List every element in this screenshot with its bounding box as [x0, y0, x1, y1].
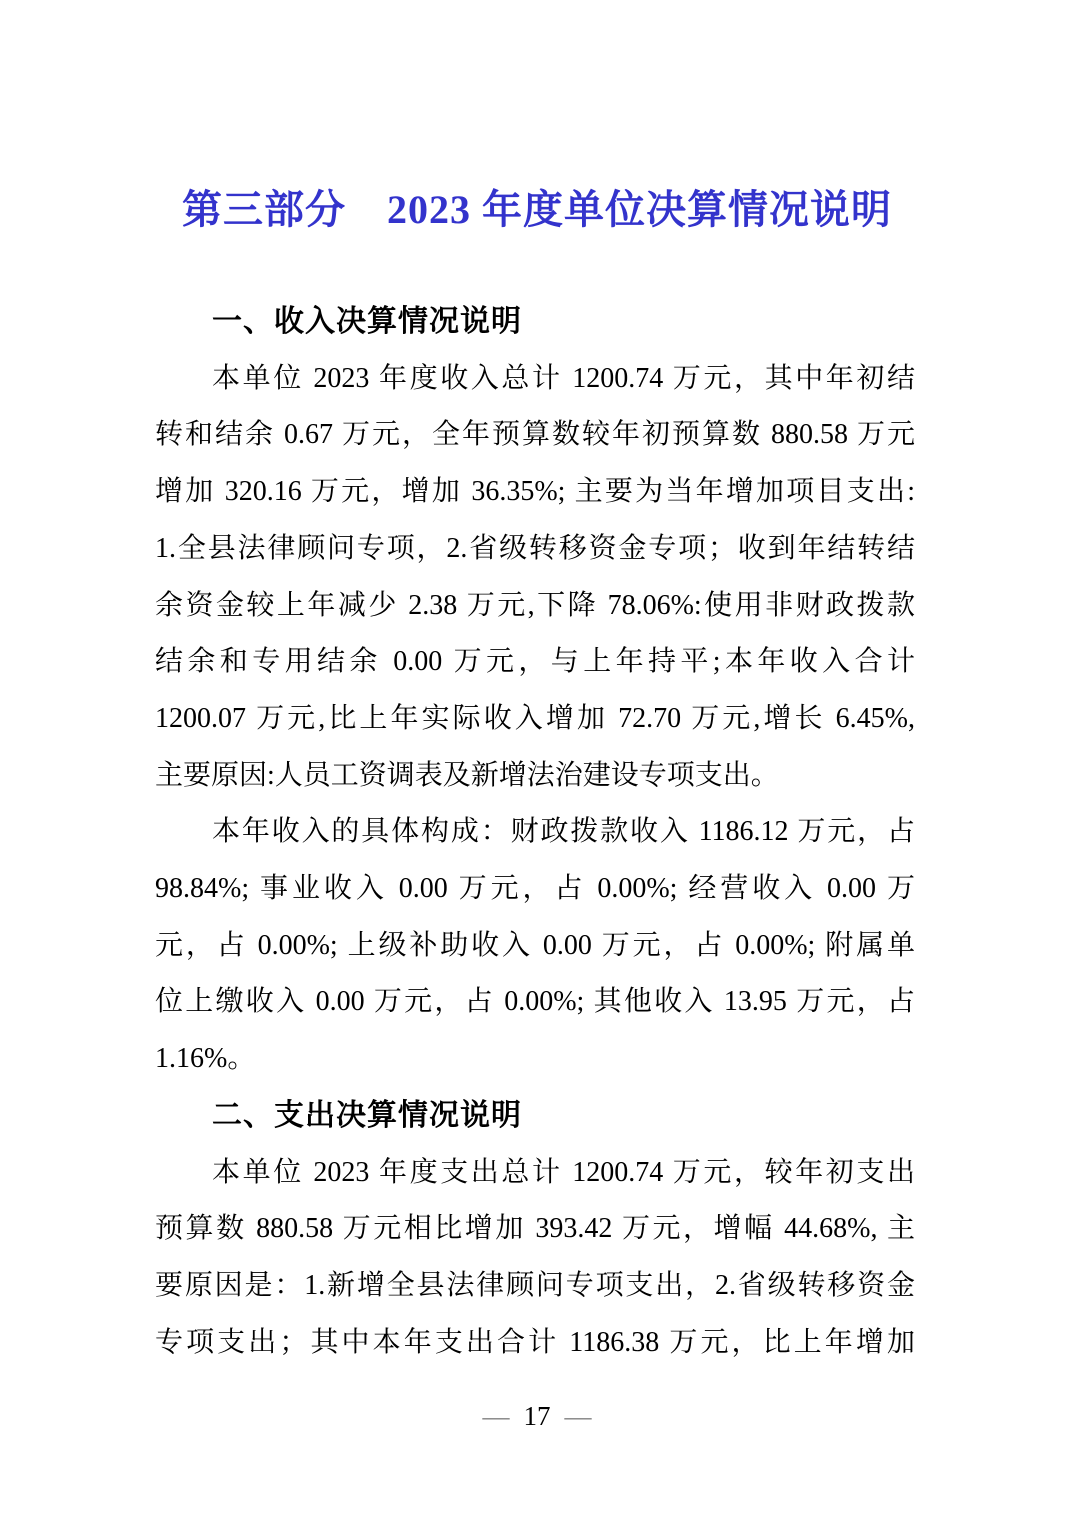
page-number: 17: [524, 1401, 551, 1431]
body-line: 98.84%; 事业收入 0.00 万元，占 0.00%; 经营收入 0.00 …: [155, 861, 915, 918]
page-footer: —17—: [0, 1396, 1074, 1436]
body-line: 预算数 880.58 万元相比增加 393.42 万元，增幅 44.68%, 主: [155, 1201, 915, 1258]
body-line: 主要原因:人员工资调表及新增法治建设专项支出。: [155, 748, 915, 805]
section-heading-income: 一、收入决算情况说明: [155, 294, 915, 351]
body-line: 本单位 2023 年度收入总计 1200.74 万元，其中年初结: [155, 351, 915, 408]
footer-dash-right: —: [551, 1401, 606, 1431]
footer-dash-left: —: [469, 1401, 524, 1431]
body-line: 1200.07 万元,比上年实际收入增加 72.70 万元,增长 6.45%,: [155, 691, 915, 748]
body-line: 本年收入的具体构成：财政拨款收入 1186.12 万元，占: [155, 804, 915, 861]
body-line: 1.全县法律顾问专项，2.省级转移资金专项；收到年结转结: [155, 521, 915, 578]
section-heading-expenditure: 二、支出决算情况说明: [155, 1088, 915, 1145]
body-line: 结余和专用结余 0.00 万元，与上年持平;本年收入合计: [155, 634, 915, 691]
body-line: 要原因是：1.新增全县法律顾问专项支出，2.省级转移资金: [155, 1258, 915, 1315]
body-line: 位上缴收入 0.00 万元，占 0.00%; 其他收入 13.95 万元，占: [155, 974, 915, 1031]
body-line: 增加 320.16 万元，增加 36.35%; 主要为当年增加项目支出:: [155, 464, 915, 521]
body-line: 余资金较上年减少 2.38 万元,下降 78.06%:使用非财政拨款: [155, 578, 915, 635]
document-body: 一、收入决算情况说明 本单位 2023 年度收入总计 1200.74 万元，其中…: [155, 294, 915, 1371]
body-line: 元，占 0.00%; 上级补助收入 0.00 万元，占 0.00%; 附属单: [155, 918, 915, 975]
body-line: 转和结余 0.67 万元，全年预算数较年初预算数 880.58 万元: [155, 407, 915, 464]
body-line: 专项支出；其中本年支出合计 1186.38 万元，比上年增加: [155, 1315, 915, 1372]
document-page: 第三部分 2023 年度单位决算情况说明 一、收入决算情况说明 本单位 2023…: [0, 0, 1074, 1520]
document-title: 第三部分 2023 年度单位决算情况说明: [0, 180, 1074, 240]
body-line: 本单位 2023 年度支出总计 1200.74 万元，较年初支出: [155, 1145, 915, 1202]
body-line: 1.16%。: [155, 1031, 915, 1088]
